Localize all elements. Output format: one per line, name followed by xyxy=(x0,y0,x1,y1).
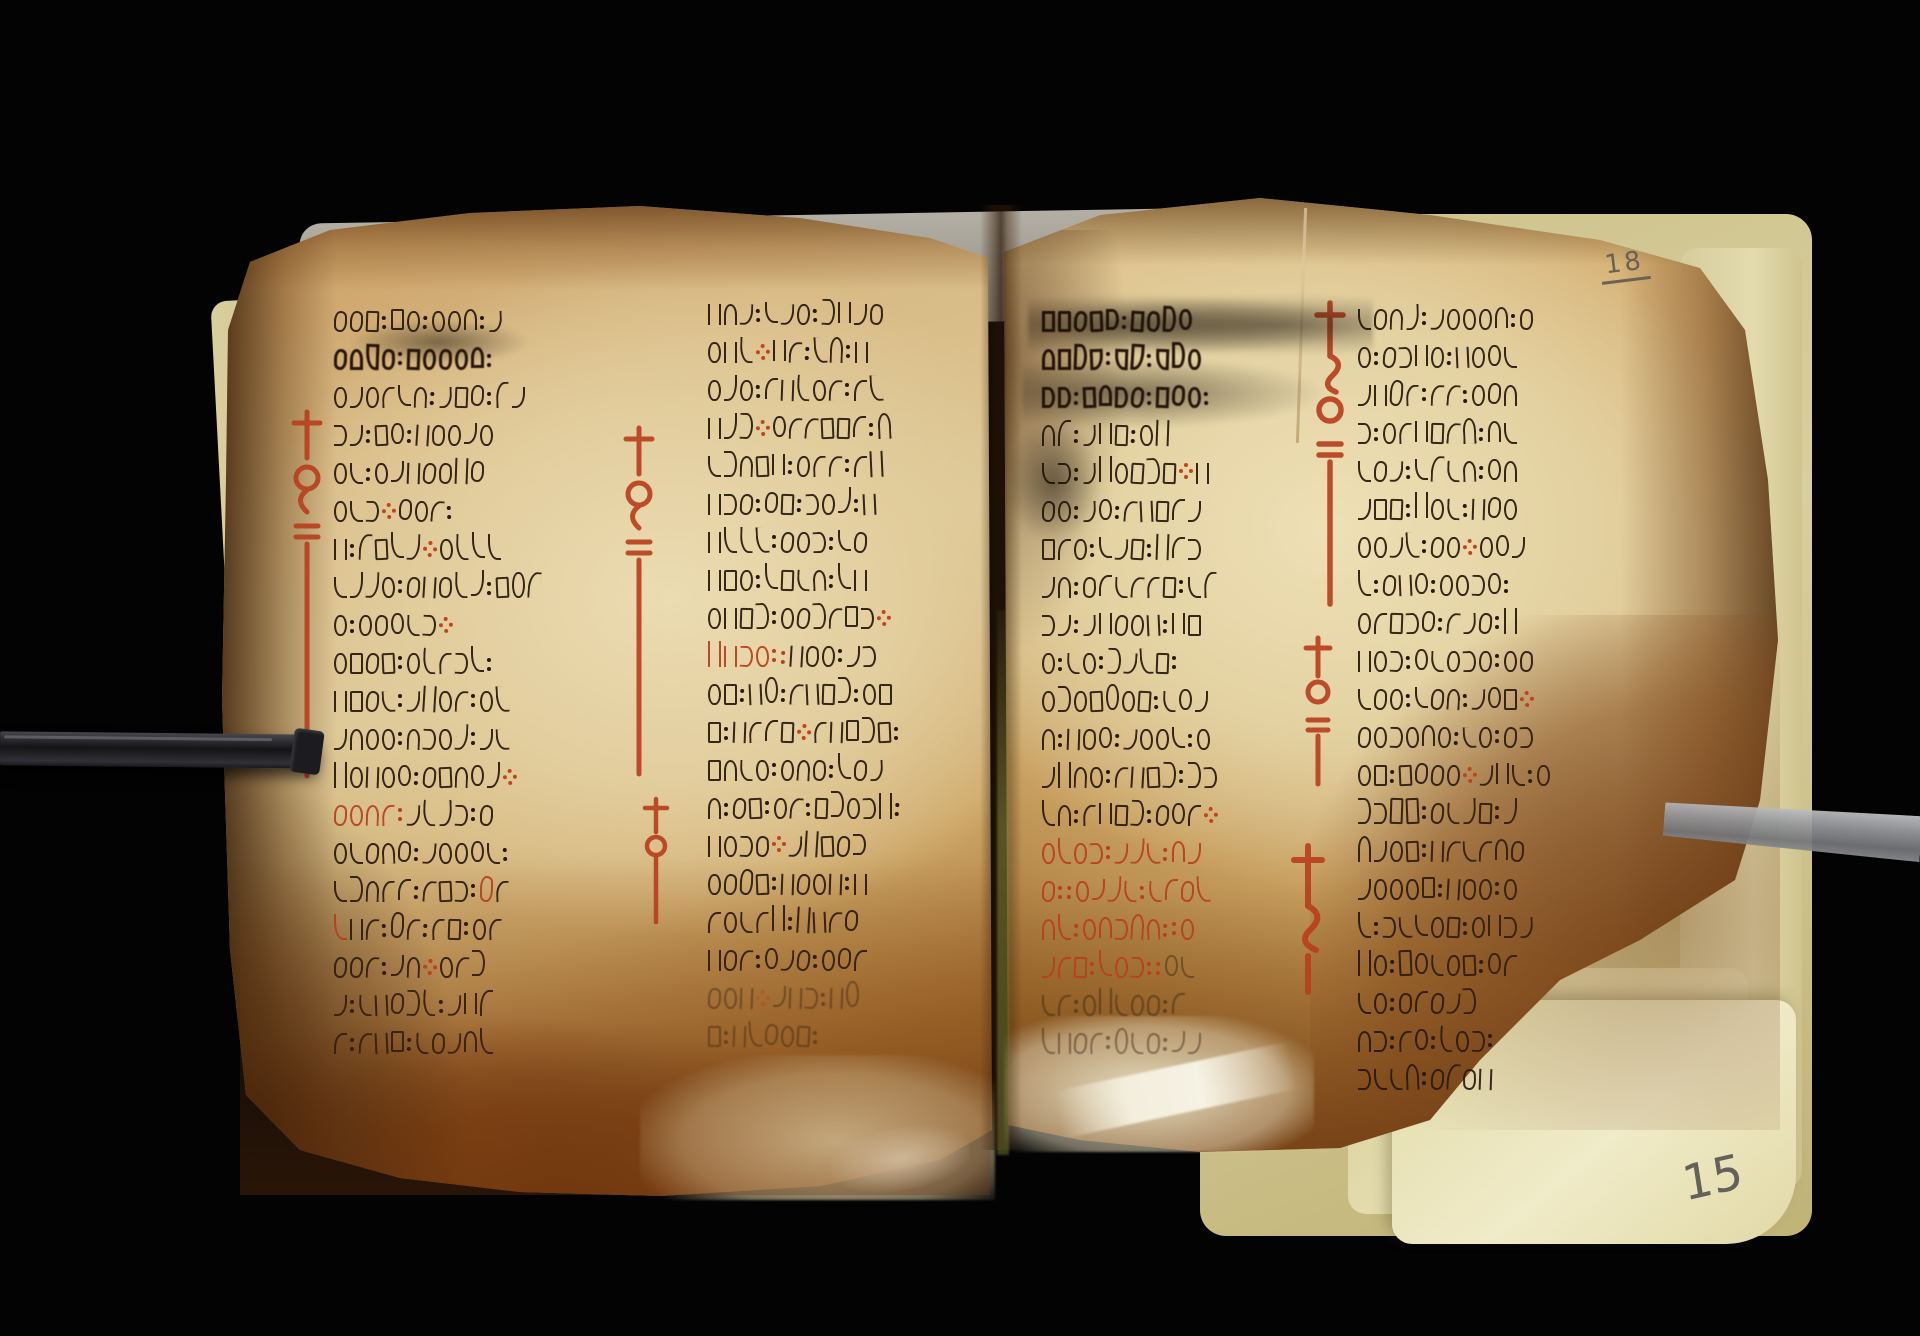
glyph xyxy=(877,413,891,440)
glyph xyxy=(1446,499,1460,521)
word-separator-icon xyxy=(1074,618,1080,636)
glyph xyxy=(1446,309,1460,331)
glyph xyxy=(708,1026,721,1047)
glyph xyxy=(812,603,826,630)
glyph xyxy=(1042,349,1055,370)
glyph xyxy=(1114,615,1128,636)
glyph xyxy=(1455,347,1469,369)
glyph xyxy=(836,836,850,857)
word-separator-icon xyxy=(838,647,843,665)
word-separator-icon xyxy=(1390,1034,1396,1052)
glyph xyxy=(1430,309,1444,330)
glyph xyxy=(1146,615,1160,637)
glyph xyxy=(765,948,778,969)
glyph xyxy=(854,570,867,591)
glyph xyxy=(334,762,347,788)
glyph xyxy=(1495,839,1508,860)
word-separator-icon xyxy=(1163,1036,1169,1054)
glyph xyxy=(739,380,753,401)
glyph xyxy=(350,876,363,902)
glyph xyxy=(1382,347,1396,368)
glyph xyxy=(1123,729,1137,751)
glyph xyxy=(1374,993,1387,1014)
glyph xyxy=(1374,841,1387,862)
glyph xyxy=(1430,955,1444,976)
word-separator-icon xyxy=(398,350,403,368)
glyph xyxy=(796,532,810,554)
glyph xyxy=(1504,608,1517,634)
glyph xyxy=(739,527,753,553)
glyph xyxy=(755,874,769,896)
word-separator-icon xyxy=(1431,578,1437,596)
glyph xyxy=(334,311,347,332)
glyph xyxy=(1374,765,1387,786)
glyph xyxy=(739,836,753,857)
glyph xyxy=(1358,879,1371,900)
glyph xyxy=(1389,841,1403,862)
glyph xyxy=(447,311,461,332)
glyph xyxy=(1195,691,1208,712)
glyph xyxy=(1504,347,1517,368)
word-separator-icon xyxy=(781,687,787,705)
glyph xyxy=(755,760,769,782)
glyph xyxy=(708,570,721,591)
glyph xyxy=(1415,915,1428,936)
glyph xyxy=(813,337,827,364)
glyph xyxy=(732,1026,746,1047)
glyph xyxy=(350,843,363,864)
glyph xyxy=(780,304,794,325)
glyph xyxy=(1519,651,1533,673)
manuscript-text-line xyxy=(706,295,998,325)
glyph xyxy=(1519,727,1533,749)
glyph xyxy=(334,653,347,674)
glyph xyxy=(1073,311,1087,332)
glyph xyxy=(708,304,721,325)
word-separator-icon xyxy=(1204,390,1210,408)
glyph xyxy=(471,646,484,672)
glyph xyxy=(1382,917,1396,938)
glyph xyxy=(812,380,826,402)
glyph xyxy=(1099,727,1112,748)
glyph xyxy=(1446,689,1460,711)
manuscript-text-line xyxy=(332,340,632,370)
manuscript-text-line xyxy=(1356,414,1640,444)
glyph xyxy=(464,1031,477,1052)
word-separator-icon xyxy=(1147,808,1153,826)
glyph xyxy=(796,950,810,972)
glyph xyxy=(1430,803,1444,824)
glyph xyxy=(1179,689,1192,710)
glyph xyxy=(1398,917,1412,939)
manuscript-text-line xyxy=(1356,452,1640,482)
glyph xyxy=(1389,537,1403,558)
glyph xyxy=(1099,385,1112,406)
word-separator-icon xyxy=(1390,958,1396,976)
glyph xyxy=(1398,765,1412,787)
glyph xyxy=(1519,917,1533,939)
glyph xyxy=(755,527,769,554)
glyph xyxy=(1172,841,1185,862)
manuscript-text-line xyxy=(1040,492,1316,522)
glyph xyxy=(708,874,721,895)
manuscript-text-line xyxy=(332,682,632,712)
manuscript-text-line xyxy=(332,606,632,636)
glyph xyxy=(796,1026,810,1048)
glyph xyxy=(780,950,794,971)
glyph xyxy=(828,874,842,895)
glyph xyxy=(1511,841,1524,862)
manuscript-text-line xyxy=(332,796,632,826)
glyph xyxy=(1162,577,1176,598)
text-column-left-a xyxy=(332,302,632,1062)
word-separator-icon xyxy=(1390,996,1396,1014)
glyph xyxy=(1422,611,1435,632)
word-separator-icon xyxy=(1406,654,1412,672)
glyph xyxy=(1042,767,1055,788)
glyph xyxy=(1162,762,1176,788)
glyph xyxy=(406,957,420,978)
glyph xyxy=(1504,499,1517,520)
glyph xyxy=(1488,573,1501,594)
glyph xyxy=(1148,881,1162,902)
glyph xyxy=(1058,463,1071,484)
glyph xyxy=(1058,914,1071,940)
glyph xyxy=(1398,950,1412,977)
word-separator-icon xyxy=(1074,504,1080,522)
glyph xyxy=(1471,1031,1485,1052)
word-separator-icon xyxy=(1130,428,1136,446)
word-separator-icon xyxy=(1406,464,1412,482)
word-separator-icon xyxy=(1106,844,1111,862)
word-separator-icon xyxy=(414,846,420,864)
word-separator-icon xyxy=(1163,846,1169,864)
glyph xyxy=(454,724,468,750)
glyph xyxy=(1488,459,1501,480)
glyph xyxy=(854,304,867,325)
glyph xyxy=(527,572,542,599)
word-separator-icon xyxy=(869,421,874,439)
glyph xyxy=(1172,803,1185,824)
word-separator-icon xyxy=(471,730,476,748)
glyph xyxy=(1374,879,1387,900)
word-separator-icon xyxy=(756,573,762,591)
word-separator-icon xyxy=(1406,692,1412,710)
glyph xyxy=(1405,798,1419,825)
paragraph-separator-icon xyxy=(796,724,810,744)
glyph xyxy=(334,463,347,484)
glyph xyxy=(1042,311,1055,332)
word-separator-icon xyxy=(772,609,777,627)
glyph xyxy=(838,677,851,703)
glyph xyxy=(1130,957,1144,979)
glyph xyxy=(512,572,525,598)
glyph xyxy=(869,375,883,402)
word-separator-icon xyxy=(756,307,762,325)
glyph xyxy=(471,461,484,482)
glyph xyxy=(1155,420,1169,446)
word-separator-icon xyxy=(1374,578,1379,596)
paragraph-separator-icon xyxy=(1463,539,1477,559)
glyph xyxy=(350,311,363,332)
glyph xyxy=(1358,570,1371,596)
word-separator-icon xyxy=(724,801,729,819)
glyph xyxy=(708,988,721,1009)
glyph xyxy=(739,304,753,325)
glyph xyxy=(1358,347,1371,368)
word-separator-icon xyxy=(845,381,850,399)
manuscript-text-line xyxy=(332,416,632,446)
glyph xyxy=(821,494,835,515)
glyph xyxy=(1179,309,1192,330)
glyph xyxy=(1123,501,1137,523)
word-separator-icon xyxy=(1422,842,1427,860)
glyph xyxy=(724,570,737,591)
glyph xyxy=(1082,501,1096,523)
glyph xyxy=(739,337,753,363)
glyph xyxy=(381,881,395,903)
glyph xyxy=(1495,307,1508,328)
word-separator-icon xyxy=(813,1029,819,1047)
glyph xyxy=(1446,765,1460,787)
glyph xyxy=(804,418,818,440)
glyph xyxy=(836,418,850,439)
glyph xyxy=(869,760,883,782)
glyph xyxy=(879,684,892,705)
glyph xyxy=(838,948,851,969)
glyph xyxy=(406,463,420,484)
glyph xyxy=(391,461,404,482)
word-separator-icon xyxy=(772,533,777,551)
glyph xyxy=(739,912,753,933)
text-column-right-a xyxy=(1040,302,1316,1062)
manuscript-text-line xyxy=(706,979,998,1009)
glyph xyxy=(1374,955,1387,976)
glyph xyxy=(1058,577,1071,598)
glyph xyxy=(381,691,395,713)
word-separator-icon xyxy=(471,692,476,710)
glyph xyxy=(1415,649,1428,670)
glyph xyxy=(828,912,842,933)
manuscript-text-line xyxy=(332,1024,632,1054)
glyph xyxy=(780,874,794,895)
glyph xyxy=(431,1033,445,1055)
glyph xyxy=(732,798,746,819)
glyph xyxy=(1042,387,1055,408)
glyph xyxy=(439,539,453,561)
word-separator-icon xyxy=(821,991,827,1009)
glyph xyxy=(365,691,379,712)
paragraph-separator-icon xyxy=(1463,767,1477,787)
manuscript-text-line xyxy=(1040,834,1316,864)
glyph xyxy=(804,988,818,1010)
word-separator-icon xyxy=(480,314,485,332)
glyph xyxy=(1519,309,1533,331)
glyph xyxy=(1446,993,1460,1015)
word-separator-icon xyxy=(788,915,794,933)
glyph xyxy=(724,836,737,857)
word-separator-icon xyxy=(487,580,492,598)
word-separator-icon xyxy=(829,535,835,553)
glyph xyxy=(1358,1031,1371,1052)
glyph xyxy=(780,608,794,629)
glyph xyxy=(1172,1031,1185,1052)
glyph xyxy=(1462,955,1476,977)
page-holder-clip-left xyxy=(0,731,318,768)
glyph xyxy=(374,995,388,1017)
glyph xyxy=(454,881,468,902)
manuscript-text-line xyxy=(706,941,998,971)
glyph xyxy=(1488,687,1501,708)
glyph xyxy=(487,762,500,788)
glyph xyxy=(1188,501,1201,522)
glyph xyxy=(1446,613,1460,635)
glyph xyxy=(480,425,493,446)
glyph xyxy=(1479,537,1493,558)
glyph xyxy=(422,463,436,485)
manuscript-text-line xyxy=(332,834,632,864)
glyph xyxy=(1058,387,1071,408)
word-separator-icon xyxy=(1179,578,1184,596)
red-section-marker-icon xyxy=(622,424,656,780)
word-separator-icon xyxy=(1090,960,1096,978)
glyph xyxy=(334,729,347,750)
glyph xyxy=(334,805,347,826)
glyph xyxy=(1188,843,1201,864)
manuscript-text-line xyxy=(1356,1022,1640,1052)
word-separator-icon xyxy=(765,799,770,817)
glyph xyxy=(391,1031,404,1052)
glyph xyxy=(438,767,452,789)
glyph xyxy=(365,653,379,674)
glyph xyxy=(1389,651,1403,672)
glyph xyxy=(796,907,811,934)
glyph xyxy=(1488,915,1501,936)
glyph xyxy=(1137,691,1151,713)
glyph xyxy=(464,309,477,330)
glyph xyxy=(1073,1033,1087,1054)
glyph xyxy=(1058,539,1071,560)
glyph xyxy=(1082,729,1096,751)
glyph xyxy=(1471,499,1485,520)
glyph xyxy=(821,646,835,667)
glyph xyxy=(1099,499,1112,520)
glyph xyxy=(739,869,753,895)
manuscript-text-line xyxy=(1040,378,1316,408)
glyph xyxy=(1446,1064,1461,1091)
glyph xyxy=(739,988,753,1009)
glyph xyxy=(454,653,468,674)
word-separator-icon xyxy=(1163,618,1169,636)
glyph xyxy=(1106,309,1119,330)
glyph xyxy=(1471,917,1485,938)
glyph xyxy=(438,881,452,903)
glyph xyxy=(471,347,484,368)
glyph xyxy=(739,608,753,629)
glyph xyxy=(1496,763,1509,784)
glyph xyxy=(1058,957,1071,978)
paragraph-separator-icon xyxy=(503,769,517,789)
glyph xyxy=(365,729,379,750)
glyph xyxy=(838,302,851,323)
glyph xyxy=(365,767,379,788)
glyph xyxy=(1139,501,1153,523)
manuscript-text-line xyxy=(332,492,632,522)
glyph xyxy=(1405,1064,1419,1091)
glyph xyxy=(821,299,835,325)
glyph xyxy=(464,993,477,1014)
glyph xyxy=(789,646,803,668)
glyph xyxy=(1155,534,1169,560)
glyph xyxy=(422,349,436,371)
word-separator-icon xyxy=(398,806,403,824)
glyph xyxy=(455,957,469,978)
paragraph-separator-icon xyxy=(1204,807,1218,827)
glyph xyxy=(398,841,411,862)
glyph xyxy=(1146,577,1160,599)
glyph xyxy=(381,729,395,751)
glyph xyxy=(853,834,866,855)
glyph xyxy=(1099,537,1112,558)
glyph xyxy=(1089,311,1103,333)
glyph xyxy=(438,729,452,751)
paragraph-separator-icon xyxy=(756,420,770,440)
glyph xyxy=(708,418,721,439)
glyph xyxy=(1042,800,1055,826)
manuscript-text-line xyxy=(1356,1060,1640,1090)
glyph xyxy=(1099,988,1112,1014)
glyph xyxy=(755,836,769,858)
glyph xyxy=(431,311,445,333)
word-separator-icon xyxy=(1406,502,1412,520)
word-separator-icon xyxy=(1122,314,1128,332)
glyph xyxy=(755,456,769,478)
glyph xyxy=(828,380,842,401)
word-separator-icon xyxy=(439,998,445,1016)
glyph xyxy=(1146,995,1160,1017)
glyph xyxy=(1114,995,1128,1016)
glyph xyxy=(1099,803,1112,824)
glyph xyxy=(845,910,858,931)
glyph xyxy=(1462,309,1476,331)
manuscript-text-line xyxy=(1040,340,1316,370)
glyph xyxy=(1488,345,1501,366)
word-separator-icon xyxy=(1422,386,1427,404)
glyph xyxy=(472,950,485,976)
glyph xyxy=(1358,912,1371,938)
glyph xyxy=(788,418,802,439)
glyph xyxy=(708,608,721,629)
glyph xyxy=(845,606,858,627)
manuscript-text-line xyxy=(332,720,632,750)
glyph xyxy=(812,570,826,592)
glyph xyxy=(773,340,786,361)
glyph xyxy=(1089,691,1103,713)
glyph xyxy=(1358,993,1371,1014)
glyph xyxy=(862,494,876,516)
paragraph-separator-icon xyxy=(772,836,785,855)
glyph xyxy=(1042,843,1055,864)
word-separator-icon xyxy=(1090,542,1096,560)
manuscript-text-line xyxy=(1040,606,1316,636)
manuscript-text-line xyxy=(706,409,998,439)
glyph xyxy=(796,608,810,630)
glyph xyxy=(1130,463,1144,485)
glyph xyxy=(853,416,866,437)
glyph xyxy=(1446,841,1460,863)
word-separator-icon xyxy=(1495,728,1500,746)
glyph xyxy=(422,615,436,637)
